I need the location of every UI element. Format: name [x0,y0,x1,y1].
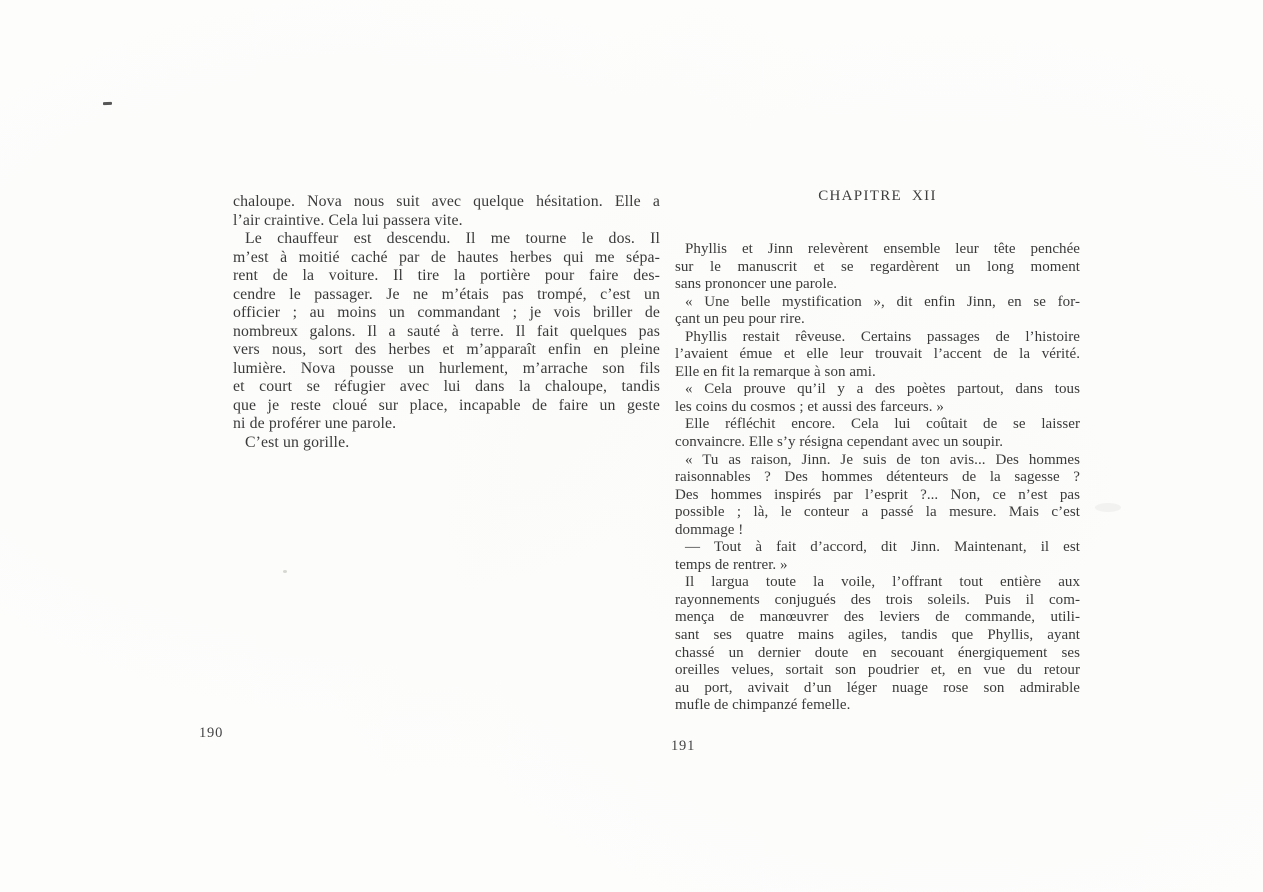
text-line: Il largua toute la voile, l’offrant tout… [675,574,1080,592]
text-line: et court se réfugier avec lui dans la ch… [233,378,660,397]
text-line: « Une belle mystification », dit enfin J… [675,294,1080,312]
chapter-heading: CHAPITRE XII [675,188,1080,205]
text-line: çant un peu pour rire. [675,311,1080,329]
text-line: rent de la voiture. Il tire la portière … [233,267,660,286]
text-line: que je reste cloué sur place, incapable … [233,397,660,416]
text-line: vers nous, sort des herbes et m’apparaît… [233,341,660,360]
text-line: Phyllis et Jinn relevèrent ensemble leur… [675,241,1080,259]
book-scan: chaloupe. Nova nous suit avec quelque hé… [0,0,1263,892]
left-page-text: chaloupe. Nova nous suit avec quelque hé… [233,193,660,452]
text-line: nombreux galons. Il a sauté à terre. Il … [233,323,660,342]
text-line: possible ; là, le conteur a passé la mes… [675,504,1080,522]
text-line: officier ; au moins un commandant ; je v… [233,304,660,323]
text-line: cendre le passager. Je ne m’étais pas tr… [233,286,660,305]
text-line: temps de rentrer. » [675,557,1080,575]
right-page-number: 191 [671,738,695,755]
text-line: au port, avivait d’un léger nuage rose s… [675,680,1080,698]
text-line: C’est un gorille. [233,434,660,453]
text-line: m’est à moitié caché par de hautes herbe… [233,249,660,268]
text-line: l’air craintive. Cela lui passera vite. [233,212,660,231]
text-line: l’avaient émue et elle leur trouvait l’a… [675,346,1080,364]
text-line: Des hommes inspirés par l’esprit ?... No… [675,487,1080,505]
scan-artifact-speck [283,570,287,573]
text-line: convaincre. Elle s’y résigna cependant a… [675,434,1080,452]
text-line: les coins du cosmos ; et aussi des farce… [675,399,1080,417]
left-page-number: 190 [199,725,223,742]
text-line: mença de manœuvrer des leviers de comman… [675,609,1080,627]
text-line: oreilles velues, sortait son poudrier et… [675,662,1080,680]
text-line: sans prononcer une parole. [675,276,1080,294]
text-line: — Tout à fait d’accord, dit Jinn. Mainte… [675,539,1080,557]
text-line: rayonnements conjugués des trois soleils… [675,592,1080,610]
text-line: « Tu as raison, Jinn. Je suis de ton avi… [675,452,1080,470]
scan-artifact-mark [103,102,112,105]
text-line: mufle de chimpanzé femelle. [675,697,1080,715]
text-line: chaloupe. Nova nous suit avec quelque hé… [233,193,660,212]
text-line: chassé un dernier doute en secouant éner… [675,645,1080,663]
text-line: dommage ! [675,522,1080,540]
right-page-text: Phyllis et Jinn relevèrent ensemble leur… [675,241,1080,715]
text-line: Elle en fit la remarque à son ami. [675,364,1080,382]
text-line: Elle réfléchit encore. Cela lui coûtait … [675,416,1080,434]
text-line: ni de proférer une parole. [233,415,660,434]
text-line: Phyllis restait rêveuse. Certains passag… [675,329,1080,347]
text-line: sur le manuscrit et se regardèrent un lo… [675,259,1080,277]
text-line: lumière. Nova pousse un hurlement, m’arr… [233,360,660,379]
text-line: raisonnables ? Des hommes détenteurs de … [675,469,1080,487]
text-line: « Cela prouve qu’il y a des poètes parto… [675,381,1080,399]
text-line: sant ses quatre mains agiles, tandis que… [675,627,1080,645]
text-line: Le chauffeur est descendu. Il me tourne … [233,230,660,249]
scan-artifact-smudge [1095,503,1121,512]
